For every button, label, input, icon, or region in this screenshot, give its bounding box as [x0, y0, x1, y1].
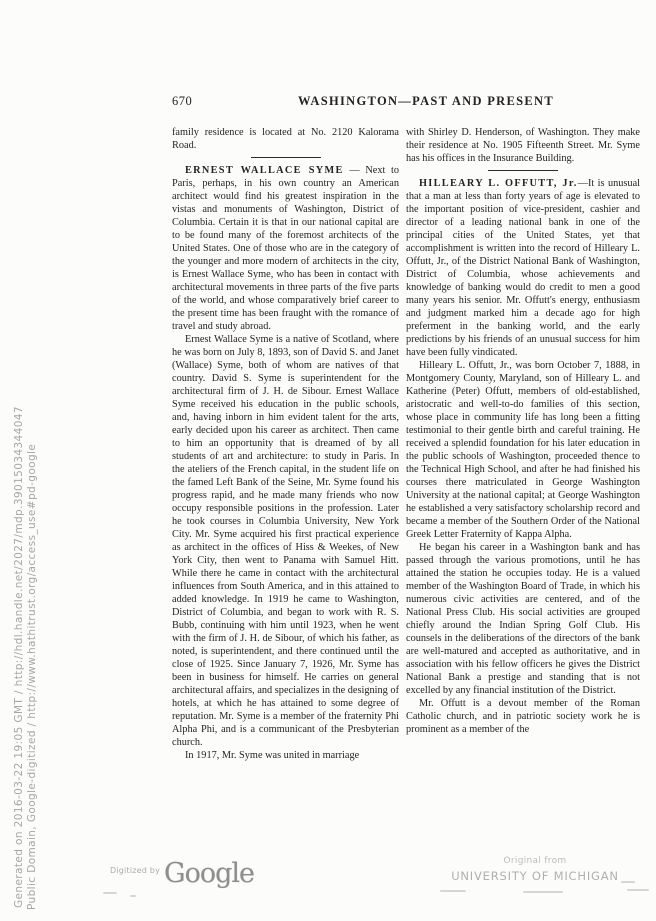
- text-columns: family residence is located at No. 2120 …: [172, 126, 640, 794]
- paragraph-offutt-intro: HILLEARY L. OFFUTT, Jr.—It is unusual th…: [406, 177, 640, 359]
- paragraph-offutt-church: Mr. Offutt is a devout member of the Rom…: [406, 697, 640, 736]
- university-label: UNIVERSITY OF MICHIGAN: [430, 869, 640, 883]
- paragraph-syme-residence: with Shirley D. Henderson, of Washington…: [406, 126, 640, 165]
- page-number: 670: [172, 94, 192, 109]
- digitized-by-label: Digitized by: [110, 866, 160, 875]
- google-logo: Google: [164, 858, 254, 889]
- scanned-book-page: Generated on 2016-03-22 19:05 GMT / http…: [0, 0, 656, 921]
- scan-artifact: [621, 881, 635, 883]
- paragraph-offutt-education: Hilleary L. Offutt, Jr., was born Octobe…: [406, 359, 640, 541]
- scan-footer: Digitized by Google Original from UNIVER…: [0, 850, 656, 910]
- paragraph-continuation: family residence is located at No. 2120 …: [172, 126, 399, 152]
- original-from-label: Original from: [430, 856, 640, 866]
- digitized-by-block: Digitized by Google: [110, 858, 254, 889]
- generated-timestamp-watermark: Generated on 2016-03-22 19:05 GMT / http…: [13, 406, 25, 908]
- section-divider: [488, 170, 558, 171]
- section-heading-hilleary-offutt: HILLEARY L. OFFUTT, Jr.: [419, 178, 578, 189]
- paragraph-syme-marriage: In 1917, Mr. Syme was united in marriage: [172, 749, 399, 762]
- page-header: 670 WASHINGTON—PAST AND PRESENT: [172, 94, 640, 110]
- section-divider: [251, 157, 321, 158]
- paragraph-text: —It is unusual that a man at less than f…: [406, 178, 640, 358]
- running-title: WASHINGTON—PAST AND PRESENT: [212, 94, 640, 109]
- scan-artifact: [130, 895, 136, 897]
- paragraph-syme-biography: Ernest Wallace Syme is a native of Scotl…: [172, 333, 399, 749]
- public-domain-watermark: Public Domain, Google-digitized / http:/…: [26, 444, 38, 910]
- right-column: with Shirley D. Henderson, of Washington…: [406, 126, 640, 794]
- scan-artifact: [523, 891, 563, 893]
- scan-artifact: [627, 889, 649, 891]
- paragraph-text: — Next to Paris, perhaps, in his own cou…: [172, 165, 399, 332]
- section-heading-ernest-wallace-syme: ERNEST WALLACE SYME: [185, 165, 344, 176]
- scan-artifact: [440, 890, 466, 892]
- scan-artifact: [103, 892, 117, 894]
- original-from-block: Original from UNIVERSITY OF MICHIGAN: [430, 856, 640, 883]
- left-column: family residence is located at No. 2120 …: [172, 126, 399, 794]
- paragraph-offutt-career: He began his career in a Washington bank…: [406, 541, 640, 697]
- paragraph-syme-intro: ERNEST WALLACE SYME — Next to Paris, per…: [172, 164, 399, 333]
